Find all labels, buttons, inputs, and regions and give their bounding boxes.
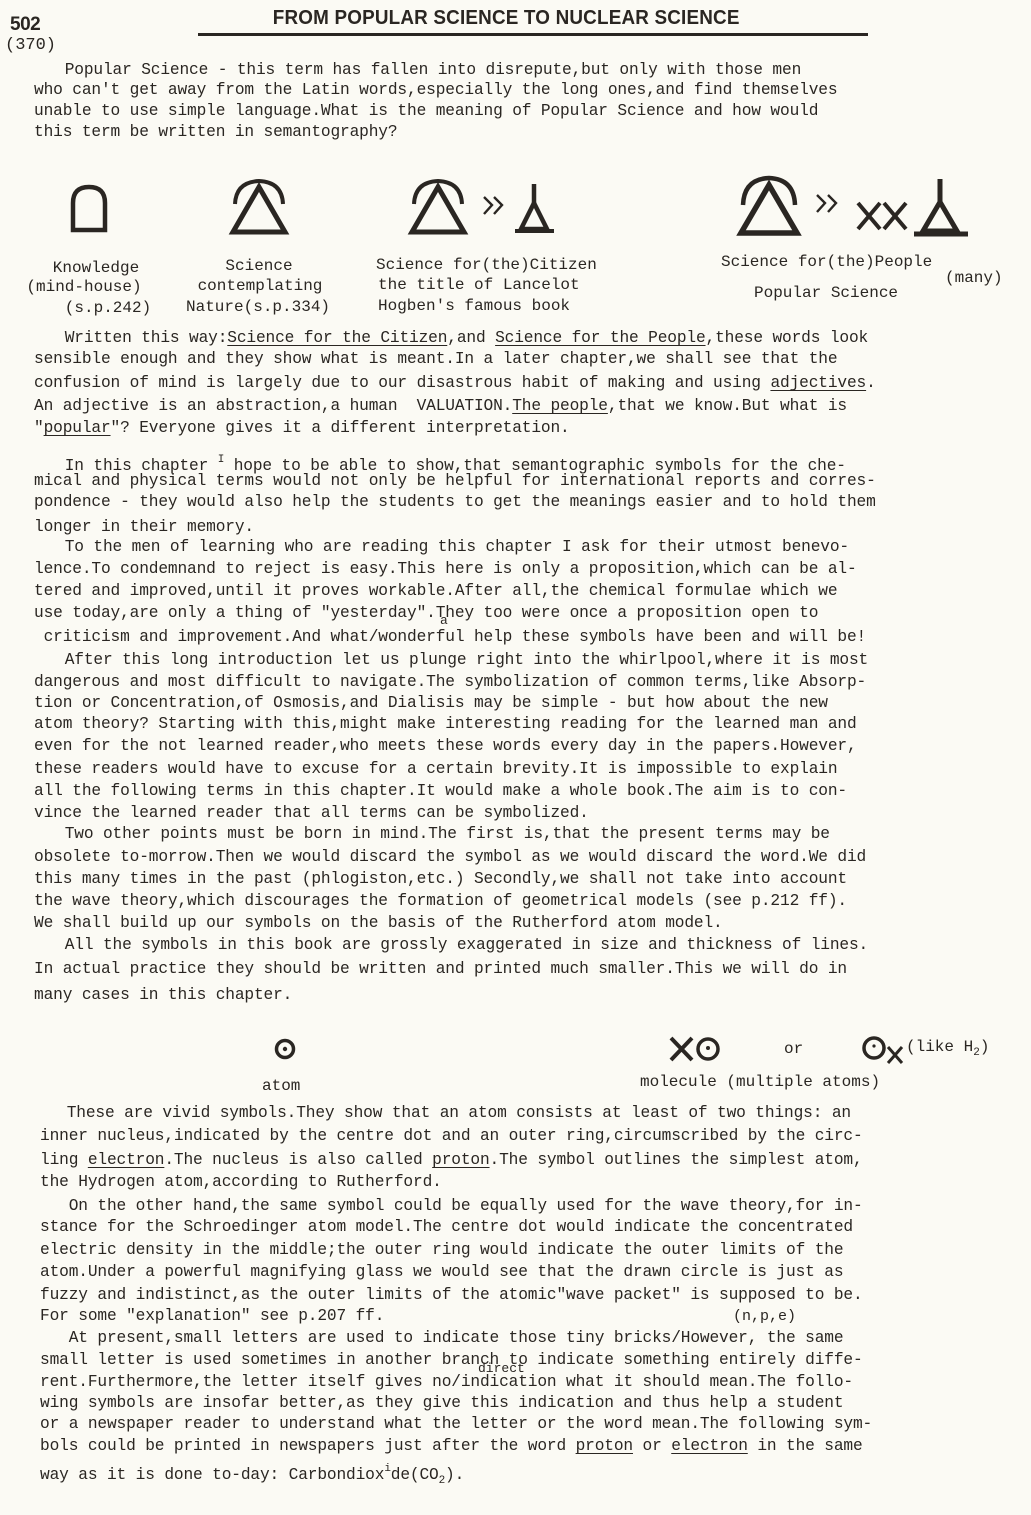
paragraph-2-line: pondence - they would also help the stud… [34,492,876,512]
handwritten-insertion: (n,p,e) [733,1308,796,1325]
underlined-term: proton [576,1437,633,1455]
paragraph-9-line: small letter is used sometimes in anothe… [40,1350,863,1370]
citizen-symbol [512,183,556,235]
caption-atom: atom [262,1076,300,1096]
or-text: or [784,1039,803,1059]
paragraph-6-line: In actual practice they should be writte… [34,959,847,979]
atom-symbol [273,1037,297,1061]
caption-knowledge: (s.p.242) [48,298,168,318]
mind-house-symbol [68,183,110,233]
text: An adjective is an abstraction,a human V… [34,397,512,415]
caption-popular-science: Popular Science [754,283,898,303]
intro-line: who can't get away from the Latin words,… [34,80,837,100]
science-symbol-large [734,175,804,237]
paragraph-3-line: use today,are only a thing of "yesterday… [34,603,818,623]
paragraph-3-line: To the men of learning who are reading t… [36,537,849,557]
paragraph-2-line: longer in their memory. [34,517,254,537]
paragraph-5-line: obsolete to-morrow.Then we would discard… [34,847,866,867]
underlined-term: electron [671,1437,748,1455]
paragraph-8-line: On the other hand,the same symbol could … [40,1196,863,1216]
intro-line: this term be written in semantography? [34,122,397,142]
text: .The symbol outlines the simplest atom, [490,1151,863,1169]
paragraph-3-line: criticism and improvement.And what/wonde… [34,627,866,647]
many-symbol [855,200,911,232]
paragraph-9-line: At present,small letters are used to ind… [40,1328,843,1348]
paragraph-3-line: tered and improved,until it proves worka… [34,581,837,601]
running-title: FROM POPULAR SCIENCE TO NUCLEAR SCIENCE [198,6,814,30]
text: ,these words look [706,329,869,347]
paragraph-8-line: fuzzy and indistinct,as the outer limits… [40,1285,863,1305]
subscript: 2 [973,1047,980,1059]
page-number: 502 [10,14,40,36]
paragraph-4-line: these readers would have to excuse for a… [34,759,837,779]
paragraph-9-line: rent.Furthermore,the letter itself gives… [40,1372,853,1392]
paragraph-2-line: mical and physical terms would not only … [34,471,876,491]
underlined-term: popular [44,419,111,437]
text: ). [445,1466,464,1484]
text: . [866,374,876,392]
paragraph-6-line: many cases in this chapter. [34,985,292,1005]
text: .The nucleus is also called [164,1151,432,1169]
paragraph-5-line: We shall build up our symbols on the bas… [34,913,723,933]
text: in the same [748,1437,863,1455]
underlined-term: The people [512,397,608,415]
paragraph-4-line: vince the learned reader that all terms … [34,803,589,823]
paragraph-6-line: All the symbols in this book are grossly… [36,935,868,955]
paragraph-9-line: wing symbols are insofar better,as they … [40,1393,843,1413]
science-symbol [405,178,471,236]
underlined-term: Science for the People [495,329,705,347]
paragraph-4-line: tion or Concentration,of Osmosis,and Dia… [34,693,828,713]
paragraph-4-line: atom theory? Starting with this,might ma… [34,714,857,734]
paragraph-5-line: Two other points must be born in mind.Th… [36,824,830,844]
paragraph-8-line: atom.Under a powerful magnifying glass w… [40,1262,843,1282]
original-page-number: (370) [5,36,56,55]
molecule-alt-symbol [862,1035,910,1065]
paragraph-4-line: After this long introduction let us plun… [36,650,868,670]
paragraph-5-line: the wave theory,which discourages the fo… [34,891,847,911]
for-arrow-symbol [482,195,506,217]
paragraph-7-line: the Hydrogen atom,according to Rutherfor… [40,1172,442,1192]
caption-science-for-people: Science for(the)People [721,252,932,272]
caption-science-for-citizen: Hogben's famous book [378,296,570,316]
paragraph-1-line: Written this way:Science for the Citizen… [36,328,868,348]
text: ) [980,1038,990,1056]
caption-science-for-citizen: the title of Lancelot [378,275,580,295]
for-arrow-symbol [815,193,841,215]
paragraph-7-line: inner nucleus,indicated by the centre do… [40,1126,863,1146]
paragraph-7-line: These are vivid symbols.They show that a… [38,1103,851,1123]
paragraph-1-line: confusion of mind is largely due to our … [34,373,876,393]
text: way as it is done to-day: Carbondiox [40,1466,384,1484]
paragraph-9-line: or a newspaper reader to understand what… [40,1414,872,1434]
underlined-term: electron [88,1151,165,1169]
science-contemplating-symbol [226,178,292,236]
paragraph-1-line: sensible enough and they show what is me… [34,349,837,369]
paragraph-8-line: stance for the Schroedinger atom model.T… [40,1217,853,1237]
caption-science-for-citizen: Science for(the)Citizen [376,255,597,275]
paragraph-1-line: "popular"? Everyone gives it a different… [34,418,570,438]
text: or [633,1437,671,1455]
paragraph-4-line: dangerous and most difficult to navigate… [34,672,866,692]
like-h2-text: (like H2) [906,1037,989,1063]
text: bols could be printed in newspapers just… [40,1437,576,1455]
text: " [34,419,44,437]
text: de(CO [391,1466,439,1484]
paragraph-9-line: bols could be printed in newspapers just… [40,1436,863,1456]
paragraph-7-line: ling electron.The nucleus is also called… [40,1150,863,1170]
underlined-term: adjectives [770,374,866,392]
text: Written this way: [36,329,227,347]
intro-line: unable to use simple language.What is th… [34,101,818,121]
paragraph-4-line: even for the not learned reader,who meet… [34,736,857,756]
paragraph-9-line: way as it is done to-day: Carbondioxide(… [40,1459,464,1491]
paragraph-8-line: electric density in the middle;the outer… [40,1240,843,1260]
caption-science: Nature(s.p.334) [186,297,354,317]
handwritten-insertion: a [440,613,448,628]
molecule-symbol [668,1035,724,1063]
caption-many: (many) [945,268,1003,288]
caption-science: contemplating [186,276,334,296]
text: confusion of mind is largely due to our … [34,374,770,392]
paragraph-5-line: this many times in the past (phlogiston,… [34,869,847,889]
caption-molecule: molecule (multiple atoms) [640,1072,880,1092]
paragraph-8-line: For some "explanation" see p.207 ff. [40,1306,384,1326]
text: (like H [906,1038,973,1056]
text: ling [40,1151,88,1169]
text: ,and [447,329,495,347]
people-symbol [910,178,970,238]
paragraph-4-line: all the following terms in this chapter.… [34,781,847,801]
caption-knowledge: Knowledge [40,258,152,278]
paragraph-3-line: lence.To condemnand to reject is easy.Th… [34,559,857,579]
underlined-term: Science for the Citizen [227,329,447,347]
title-rule [198,33,868,36]
caption-knowledge: (mind-house) [18,277,150,297]
caption-science: Science [200,256,318,276]
text: "? Everyone gives it a different interpr… [111,419,570,437]
paragraph-1-line: An adjective is an abstraction,a human V… [34,396,847,416]
text: ,that we know.But what is [608,397,847,415]
intro-line: Popular Science - this term has fallen i… [36,60,801,80]
underlined-term: proton [432,1151,489,1169]
